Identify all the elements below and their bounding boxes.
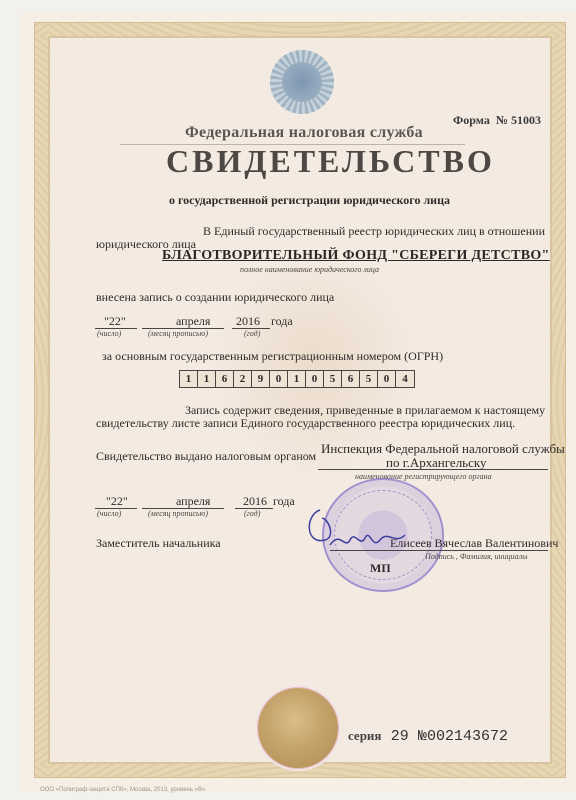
series-value: 29: [391, 728, 409, 745]
issue-date-suffix: года: [273, 494, 295, 509]
ogrn-digit: 6: [216, 371, 234, 387]
ogrn-digit: 5: [324, 371, 342, 387]
organization-name-hint: полное наименование юридического лица: [240, 265, 379, 274]
entry-date-month: апреля: [176, 314, 210, 329]
entry-date-suffix: года: [271, 314, 293, 329]
entry-date-day: "22": [104, 314, 126, 329]
issue-date-month: апреля: [176, 494, 210, 509]
serial-number: серия 29 №002143672: [348, 728, 508, 745]
issue-date-day-hint: (число): [97, 509, 121, 518]
ogrn-number: 1162901056504: [179, 370, 415, 388]
ogrn-digit: 2: [234, 371, 252, 387]
signer-name: Елисеев Вячеслав Валентинович: [390, 536, 558, 551]
ogrn-digit: 0: [306, 371, 324, 387]
ogrn-digit: 6: [342, 371, 360, 387]
entry-text: внесена запись о создании юридического л…: [96, 290, 334, 305]
signer-hint: Подпись , Фамилия, инициалы: [425, 552, 528, 561]
ogrn-digit: 0: [378, 371, 396, 387]
record-line-2: свидетельству листе записи Единого госуд…: [96, 416, 515, 431]
issue-date-month-hint: (месяц прописью): [148, 509, 208, 518]
organization-name: БЛАГОТВОРИТЕЛЬНЫЙ ФОНД "СБЕРЕГИ ДЕТСТВО": [162, 248, 550, 264]
intro-line-1: В Единый государственный реестр юридичес…: [203, 224, 545, 239]
signer-position: Заместитель начальника: [96, 536, 221, 551]
issue-date-day: "22": [106, 494, 128, 509]
ogrn-digit: 5: [360, 371, 378, 387]
certificate-number: №002143672: [418, 728, 508, 745]
signature: [300, 500, 420, 560]
entry-date-month-hint: (месяц прописью): [148, 329, 208, 338]
ogrn-digit: 4: [396, 371, 414, 387]
hologram-emblem-icon: [270, 50, 334, 114]
ogrn-digit: 1: [180, 371, 198, 387]
issue-date-year: 2016: [243, 494, 267, 509]
ogrn-digit: 9: [252, 371, 270, 387]
seal-label: МП: [370, 561, 391, 576]
gold-emblem-seal-icon: [258, 688, 338, 768]
ogrn-digit: 0: [270, 371, 288, 387]
ogrn-digit: 1: [288, 371, 306, 387]
issued-by-label: Свидетельство выдано налоговым органом: [96, 449, 316, 464]
issuer-name: Федеральная налоговая служба: [185, 124, 423, 142]
issue-date-year-hint: (год): [244, 509, 260, 518]
entry-date-year: 2016: [236, 314, 260, 329]
document-title: СВИДЕТЕЛЬСТВО: [166, 143, 495, 180]
ogrn-label: за основным государственным регистрацион…: [102, 349, 443, 364]
printer-note: ООО «Полиграф-защита СПб», Москва, 2013,…: [40, 787, 205, 793]
form-number: Форма № 51003: [453, 113, 541, 128]
entry-date-year-hint: (год): [244, 329, 260, 338]
ogrn-digit: 1: [198, 371, 216, 387]
document-subtitle: о государственной регистрации юридическо…: [169, 193, 450, 208]
entry-date-day-hint: (число): [97, 329, 121, 338]
